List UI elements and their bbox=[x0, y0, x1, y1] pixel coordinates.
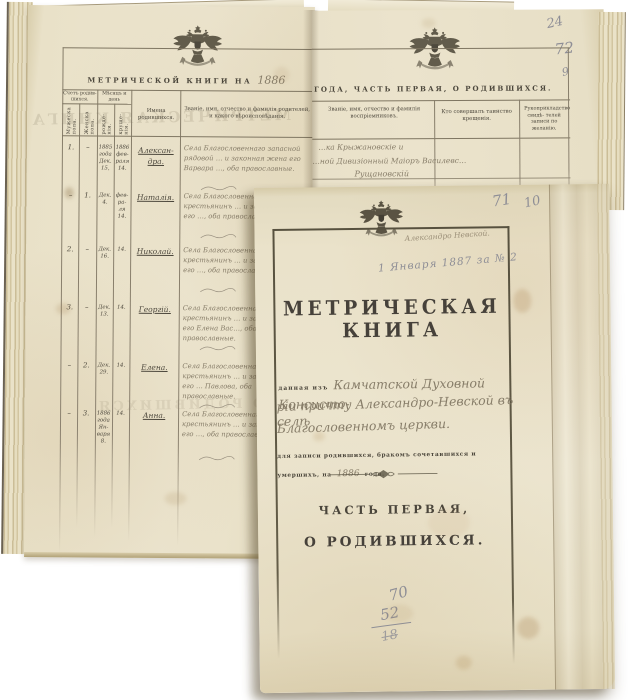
entry-count-female: 1. bbox=[81, 191, 95, 199]
imperial-eagle-emblem bbox=[407, 26, 463, 78]
col-header-officiant: Кто совершалъ таинство крещенія. bbox=[440, 109, 513, 124]
entry-name: Георгій. bbox=[132, 305, 178, 314]
entry-baptism-date: 14. bbox=[114, 247, 129, 254]
col-header-date: Мѣсяцъ и день bbox=[97, 91, 131, 102]
pencil-number-top: 70 bbox=[387, 582, 410, 604]
archival-number: 24 bbox=[545, 14, 564, 32]
metrical-book-title-page: 71 10 Александро Невской. 1 Января 1887 … bbox=[254, 184, 615, 693]
entry-count-female: – bbox=[80, 245, 94, 253]
entry-birth-date: 1885 года Дек. 15, bbox=[98, 144, 113, 172]
entry-birth-date: 1886 года Ян- варя 8. bbox=[96, 410, 111, 445]
signature-flourish bbox=[197, 454, 237, 462]
entry-parents: Села Благословеннаго запасной рядовой … … bbox=[184, 144, 308, 174]
title-heading: МЕТРИЧЕСКАЯ КНИГА bbox=[275, 295, 509, 343]
entry-name: Наталія. bbox=[133, 193, 179, 202]
foxing-stain bbox=[456, 656, 472, 670]
signature-flourish bbox=[199, 184, 239, 192]
signature-flourish bbox=[198, 286, 238, 294]
entry-birth-date: Дек. 16. bbox=[97, 246, 112, 260]
entry-count-male: – bbox=[62, 409, 76, 417]
part-heading: ЧАСТЬ ПЕРВАЯ, bbox=[278, 501, 511, 518]
archival-number: 10 bbox=[523, 193, 542, 211]
book-edge-right bbox=[597, 12, 626, 210]
archival-number: 71 bbox=[491, 190, 513, 211]
foxing-stain bbox=[385, 604, 413, 622]
foxing-stain bbox=[65, 187, 74, 198]
col-header-count: Счетъ родив- шихся. bbox=[62, 91, 97, 102]
foxing-stain bbox=[164, 492, 186, 505]
entry-count-female: – bbox=[81, 143, 95, 151]
entry-baptism-date: 1886 фев- раля 14. bbox=[115, 145, 130, 173]
entry-godparents-line: …ка Крыжановскіе и bbox=[318, 142, 478, 152]
section-heading: О РОДИВШИХСЯ. bbox=[278, 532, 511, 551]
entry-baptism-date: 14. bbox=[113, 363, 128, 370]
signature-flourish bbox=[198, 344, 238, 352]
entry-count-male: – bbox=[62, 361, 76, 369]
entry-count-female: 2. bbox=[79, 361, 93, 369]
scanned-metrical-book: МЕТРИЧЕСКОЙ КНИГИ НА 1886 МЕТРИЧЕСКАЯ КН… bbox=[0, 0, 628, 700]
entry-name: Анна. bbox=[131, 411, 177, 420]
entry-baptism-date: 14. bbox=[114, 305, 129, 312]
entry-count-female: 3. bbox=[79, 409, 93, 417]
entry-name: Николай. bbox=[132, 247, 178, 256]
ornamental-divider bbox=[327, 469, 439, 479]
col-header-names: Имена родившихся. bbox=[132, 108, 180, 122]
foxing-stain bbox=[313, 431, 325, 441]
imperial-eagle-emblem bbox=[357, 198, 406, 245]
entry-name: Алексан- дра. bbox=[133, 145, 179, 168]
foxing-stain bbox=[517, 617, 539, 639]
col-header-male: Мужеска пола. bbox=[67, 105, 78, 134]
date-annotation: 1 Января 1887 за № 2 bbox=[378, 249, 548, 275]
col-header-witnesses: Рукоприкладство свидѣ- телей записи по ж… bbox=[524, 105, 564, 131]
entry-birth-date: Дек. 4. bbox=[98, 192, 113, 206]
entry-count-male: 2. bbox=[63, 245, 77, 253]
col-header-parents: Званіе, имя, отчество и фамилія родителе… bbox=[184, 106, 310, 121]
entry-baptism-date: фев- ра- ля 14. bbox=[114, 193, 129, 221]
issued-printed-label: данная изъ bbox=[278, 384, 328, 392]
entry-count-female: – bbox=[80, 303, 94, 311]
col-header-baptism: круще- нія. bbox=[119, 106, 130, 135]
foxing-stain bbox=[273, 67, 289, 83]
entry-birth-date: Дек. 13. bbox=[97, 304, 112, 318]
pencil-number-bottom: 18 bbox=[380, 627, 399, 645]
foxing-stain bbox=[56, 303, 71, 314]
entry-signature: Рущановскій bbox=[354, 169, 464, 179]
foxing-stain bbox=[513, 289, 531, 313]
entry-birth-date: Дек. 29. bbox=[96, 362, 111, 376]
entry-name: Елена. bbox=[131, 363, 177, 372]
entry-count-male: 1. bbox=[64, 143, 78, 151]
signature-flourish bbox=[197, 402, 237, 410]
entry-godparents-line: …ной Дивизіонный Маіоръ Василевс… bbox=[312, 156, 527, 166]
entry-baptism-date: 14. bbox=[113, 411, 128, 418]
col-header-female: Женска пола. bbox=[85, 105, 96, 134]
col-header-birth: рожде- нія. bbox=[102, 106, 113, 135]
signature-flourish bbox=[198, 232, 238, 240]
register-heading: МЕТРИЧЕСКОЙ КНИГИ НА bbox=[87, 75, 252, 85]
foxing-stain bbox=[422, 18, 436, 28]
register-heading-continued: ГОДА, ЧАСТЬ ПЕРВАЯ, О РОДИВШИХСЯ. bbox=[314, 83, 564, 93]
col-header-godparents: Званіе, имя, отчество и фамилія воспріем… bbox=[320, 106, 428, 121]
